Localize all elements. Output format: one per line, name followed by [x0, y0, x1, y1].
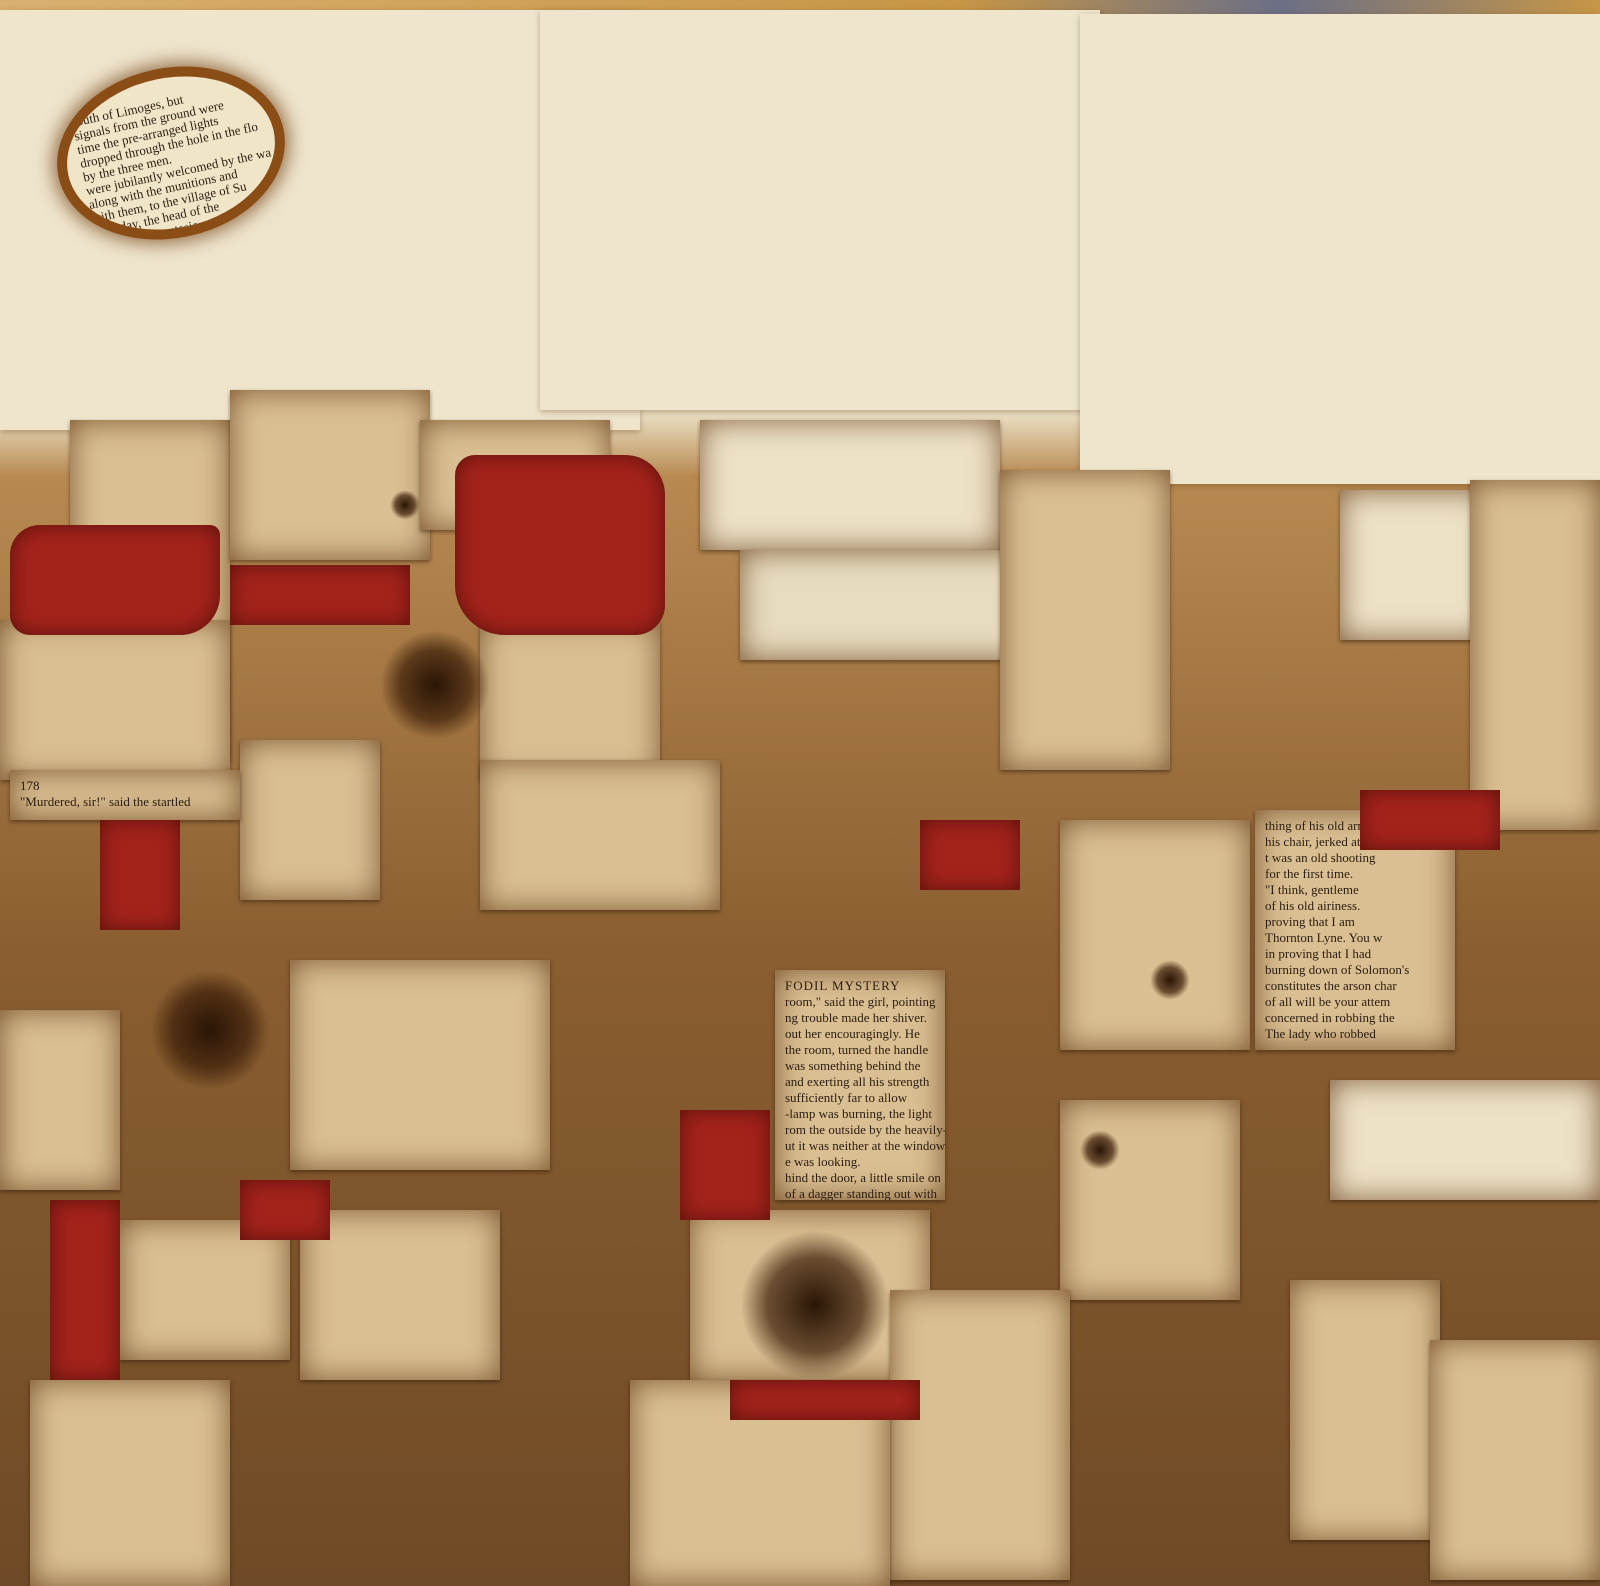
page-fragment	[30, 1380, 230, 1586]
red-paint-patch	[240, 1180, 330, 1240]
text-line: concerned in robbing the	[1265, 1010, 1445, 1026]
daffodil-label-fragment: 178 "Murdered, sir!" said the startled	[10, 770, 240, 820]
page-fragment	[120, 1220, 290, 1360]
red-paint-patch	[230, 565, 410, 625]
page-fragment	[740, 550, 1030, 660]
red-paint-patch	[100, 820, 180, 930]
text-line: sufficiently far to allow	[785, 1090, 935, 1106]
red-paint-patch	[10, 525, 220, 635]
text-line: t was an old shooting	[1265, 850, 1445, 866]
text-line: e was looking.	[785, 1154, 935, 1170]
page-fragment	[1290, 1280, 1440, 1540]
text-line: The lady who robbed	[1265, 1026, 1445, 1042]
page-fragment	[1470, 480, 1600, 830]
red-paint-patch	[920, 820, 1020, 890]
page-fragment	[230, 390, 430, 560]
text-line: ut it was neither at the window	[785, 1138, 935, 1154]
text-line: and exerting all his strength	[785, 1074, 935, 1090]
text-line: proving that I am	[1265, 914, 1445, 930]
page-fragment	[890, 1290, 1070, 1580]
text-line: "I think, gentleme	[1265, 882, 1445, 898]
plaster-layer-center	[540, 10, 1100, 410]
text-line: room," said the girl, pointing	[785, 994, 935, 1010]
text-line: the room, turned the handle	[785, 1042, 935, 1058]
page-fragment	[240, 740, 380, 900]
text-line: burning down of Solomon's	[1265, 962, 1445, 978]
plaster-layer-right	[1080, 14, 1600, 484]
text-line: for the first time.	[1265, 866, 1445, 882]
text-line: of a dagger standing out with	[785, 1186, 935, 1200]
red-paint-patch	[730, 1380, 920, 1420]
page-fragment	[0, 620, 230, 780]
text-line: constitutes the arson char	[1265, 978, 1445, 994]
text-line: was something behind the	[785, 1058, 935, 1074]
text-line: 178	[20, 778, 230, 794]
page-fragment	[1330, 1080, 1600, 1200]
text-line: of all will be your attem	[1265, 994, 1445, 1010]
text-line: Thornton Lyne. You w	[1265, 930, 1445, 946]
red-paint-patch	[455, 455, 665, 635]
text-line: rom the outside by the heavily-	[785, 1122, 935, 1138]
burn-hole	[380, 630, 490, 740]
text-line: hind the door, a little smile on	[785, 1170, 935, 1186]
text-line: -lamp was burning, the light	[785, 1106, 935, 1122]
page-fragment	[0, 1010, 120, 1190]
burn-hole	[1080, 1130, 1120, 1170]
page-fragment	[1340, 490, 1490, 640]
burn-hole	[1150, 960, 1190, 1000]
burn-hole	[390, 490, 420, 520]
page-fragment	[480, 620, 660, 780]
text-line: FODIL MYSTERY	[785, 978, 935, 994]
red-paint-patch	[1360, 790, 1500, 850]
page-fragment	[700, 420, 1000, 550]
text-line: "Murdered, sir!" said the startled	[20, 794, 230, 810]
burn-hole	[740, 1230, 890, 1380]
page-fragment	[480, 760, 720, 910]
text-line: ng trouble made her shiver.	[785, 1010, 935, 1026]
page-fragment	[300, 1210, 500, 1380]
page-fragment	[1060, 820, 1250, 1050]
red-paint-patch	[680, 1110, 770, 1220]
text-line: out her encouragingly. He	[785, 1026, 935, 1042]
red-paint-patch	[50, 1200, 120, 1380]
page-fragment	[1000, 470, 1170, 770]
page-fragment	[1430, 1340, 1600, 1580]
text-line: in proving that I had	[1265, 946, 1445, 962]
burn-hole	[150, 970, 270, 1090]
page-fragment	[290, 960, 550, 1170]
daffodil-mystery-page: FODIL MYSTERY room," said the girl, poin…	[775, 970, 945, 1200]
text-line: of his old airiness.	[1265, 898, 1445, 914]
page-fragment	[1060, 1100, 1240, 1300]
